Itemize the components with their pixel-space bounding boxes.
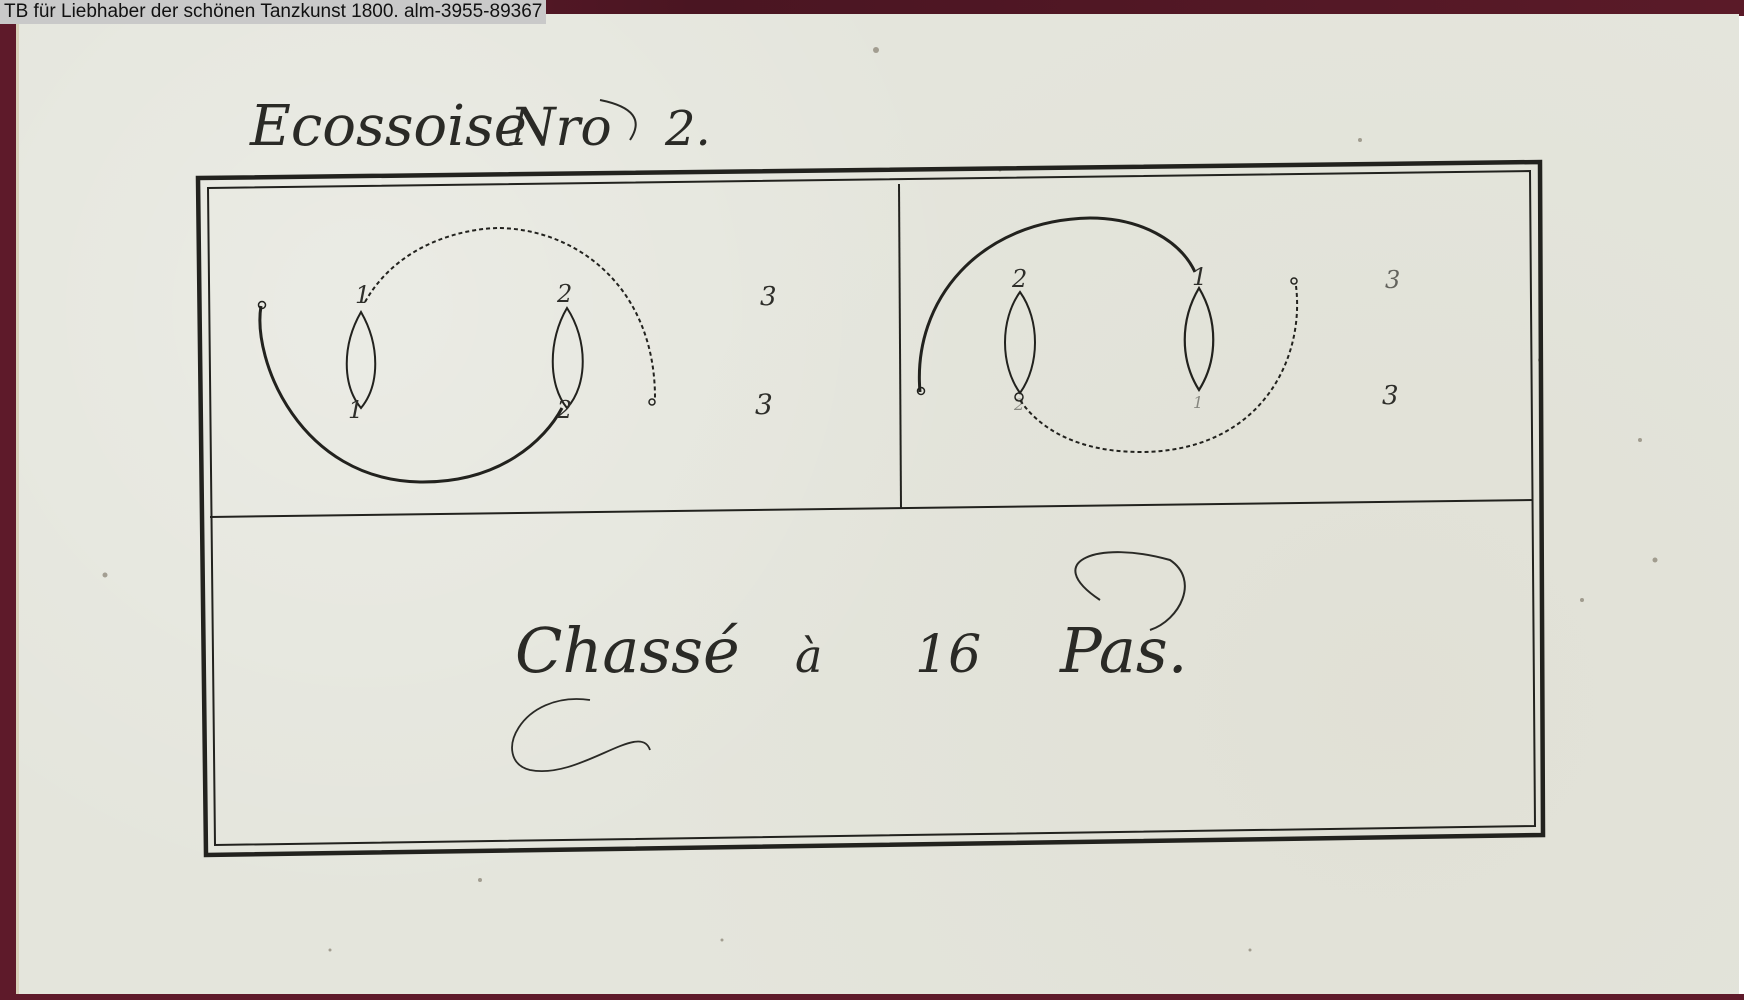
label-1-bottom: 1	[1193, 393, 1203, 412]
leaf-2-path	[1005, 292, 1035, 393]
label-3-top: 3	[760, 282, 777, 312]
caption-flourish	[512, 699, 650, 771]
label-3-bottom: 3	[755, 388, 773, 421]
figure-left	[259, 228, 656, 482]
label-1-top: 1	[355, 281, 370, 309]
number-label: Nro	[508, 98, 612, 158]
dotted-arc-path	[1020, 286, 1297, 452]
vertical-divider	[899, 184, 901, 508]
label-2-bottom: 2	[556, 396, 572, 424]
leaf-1-path	[1185, 288, 1214, 390]
label-3-top: 3	[1385, 266, 1400, 294]
label-2-bottom: 2	[1013, 395, 1024, 414]
solid-arc-path	[919, 218, 1195, 392]
title-text: Ecossoise	[249, 94, 527, 159]
horizontal-divider	[210, 500, 1533, 517]
engraved-plate: Ecossoise Nro 2. 1 1 2 2 3 3 2	[0, 0, 1744, 1000]
solid-arc-path	[260, 306, 562, 482]
figure-right-labels: 2 2 1 1 3 3	[1011, 263, 1400, 414]
caption-word-chasse: Chassé	[515, 614, 740, 687]
plate-caption: Chassé à 16 Pas.	[512, 552, 1187, 771]
caption-word-16: 16	[915, 625, 981, 685]
figure-left-labels: 1 1 2 2 3 3	[348, 280, 777, 424]
figure-right	[918, 218, 1298, 452]
plate-frame	[198, 162, 1543, 855]
leaf-2-path	[553, 308, 583, 408]
caption-word-a: à	[795, 629, 822, 683]
caption-word-pas: Pas.	[1059, 614, 1187, 687]
label-2-top: 2	[556, 280, 572, 308]
label-1-top: 1	[1192, 263, 1207, 291]
label-2-top: 2	[1011, 265, 1027, 293]
end-dot-icon	[649, 399, 655, 405]
image-caption-overlay: TB für Liebhaber der schönen Tanzkunst 1…	[0, 0, 546, 24]
plate-title: Ecossoise Nro 2.	[249, 94, 711, 159]
label-3-bottom: 3	[1382, 381, 1399, 411]
end-dot-icon	[1291, 278, 1297, 284]
leaf-1-path	[347, 312, 376, 408]
paper-specks	[103, 47, 1658, 952]
plate-number: 2.	[664, 101, 711, 157]
dotted-arc-path	[365, 228, 655, 398]
label-1-bottom: 1	[348, 396, 363, 424]
